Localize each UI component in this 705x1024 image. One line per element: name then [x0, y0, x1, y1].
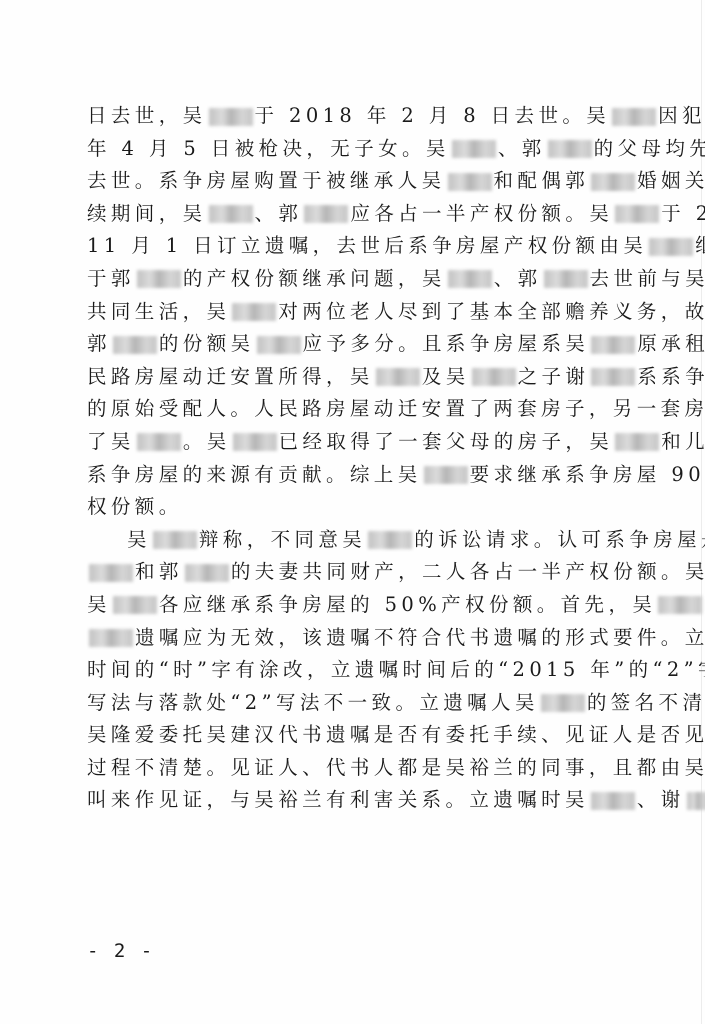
text-segment: 共同生活，吴 [87, 300, 230, 323]
text-segment: 的夫妻共同财产，二人各占一半产权份额。吴 [231, 560, 705, 583]
text-segment: 吴 [127, 528, 151, 551]
text-line: 叫来作见证，与吴裕兰有利害关系。立遗嘱时吴、谢也在 [87, 784, 627, 817]
redacted-name [615, 433, 659, 451]
redacted-name [304, 205, 348, 223]
text-segment: 、郭 [494, 267, 542, 290]
redacted-name [591, 336, 635, 354]
redacted-name [153, 531, 197, 549]
redacted-name [448, 270, 492, 288]
text-segment: 原承租的人 [637, 332, 705, 355]
redacted-name [591, 173, 635, 191]
text-line: 写法与落款处“2”写法不一致。立遗嘱人吴的签名不清晰。 [87, 687, 627, 720]
text-segment: 的原始受配人。人民路房屋动迁安置了两套房子，另一套房子给 [87, 397, 705, 420]
text-segment: 的份额吴 [159, 332, 255, 355]
text-line: 于郭的产权份额继承问题，吴、郭去世前与吴 [87, 263, 627, 296]
text-line: 郭的份额吴应予多分。且系争房屋系吴原承租的人 [87, 328, 627, 361]
redacted-name [612, 108, 656, 126]
text-line: 民路房屋动迁安置所得，吴及吴之子谢系系争房屋 [87, 361, 627, 394]
redacted-name [185, 564, 229, 582]
text-line: 和郭的夫妻共同财产，二人各占一半产权份额。吴、 [87, 556, 627, 589]
text-segment: 的产权份额继承问题，吴 [183, 267, 446, 290]
redacted-name [209, 108, 253, 126]
text-segment: 对两位老人尽到了基本全部赡养义务，故对于 [278, 300, 705, 323]
text-line: 遗嘱应为无效，该遗嘱不符合代书遗嘱的形式要件。立遗嘱 [87, 622, 627, 655]
text-segment: 于 2015 年 [661, 202, 705, 225]
text-segment: 了吴 [87, 430, 135, 453]
redacted-name [232, 303, 276, 321]
redacted-name [113, 596, 157, 614]
text-segment: 于 2018 年 2 月 8 日去世。吴 [255, 104, 611, 127]
text-segment: 去世前与吴 [590, 267, 705, 290]
text-segment: 于郭 [87, 267, 135, 290]
text-line: 日去世，吴于 2018 年 2 月 8 日去世。吴因犯罪于 1984 [87, 100, 627, 133]
text-line: 年 4 月 5 日被枪决，无子女。吴、郭的父母均先于二人 [87, 133, 627, 166]
text-segment: 11 月 1 日订立遗嘱，去世后系争房屋产权份额由吴 [87, 234, 647, 257]
text-segment: 及吴 [422, 365, 470, 388]
text-segment: 续期间，吴 [87, 202, 207, 225]
redacted-name [472, 368, 516, 386]
redacted-name [544, 270, 588, 288]
text-segment: 、郭 [255, 202, 303, 225]
text-segment: 辩称，不同意吴 [199, 528, 366, 551]
redacted-name [591, 368, 635, 386]
text-segment: 吴隆爱委托吴建汉代书遗嘱是否有委托手续、见证人是否见证全 [87, 723, 705, 746]
redacted-name [233, 433, 277, 451]
redacted-name [658, 596, 702, 614]
text-line: 了吴。吴已经取得了一套父母的房子，吴和儿子对 [87, 426, 627, 459]
text-segment: 时间的“时”字有涂改，立遗嘱时间后的“2015 年”的“2”字 [87, 658, 705, 681]
redacted-name [89, 564, 133, 582]
text-segment: 因犯罪于 1984 [658, 104, 705, 127]
text-line: 权份额。 [87, 491, 627, 524]
text-segment: 和配偶郭 [494, 169, 590, 192]
text-segment: 去世。系争房屋购置于被继承人吴 [87, 169, 446, 192]
text-segment: 继承。关 [695, 234, 705, 257]
redacted-name [687, 792, 705, 810]
text-segment: 的父母均先于二人 [594, 137, 705, 160]
redacted-name [89, 629, 133, 647]
text-segment: 遗嘱应为无效，该遗嘱不符合代书遗嘱的形式要件。立遗嘱 [135, 626, 705, 649]
text-line: 共同生活，吴对两位老人尽到了基本全部赡养义务，故对于 [87, 296, 627, 329]
text-line: 过程不清楚。见证人、代书人都是吴裕兰的同事，且都由吴 [87, 752, 627, 785]
text-segment: 日去世，吴 [87, 104, 207, 127]
text-line: 吴辩称，不同意吴的诉讼请求。认可系争房屋是吴 [87, 524, 627, 557]
redacted-name [368, 531, 412, 549]
redacted-name [649, 238, 693, 256]
text-segment: 。吴 [183, 430, 231, 453]
text-segment: 郭 [87, 332, 111, 355]
text-line: 的原始受配人。人民路房屋动迁安置了两套房子，另一套房子给 [87, 393, 627, 426]
redacted-name [209, 205, 253, 223]
text-segment: 各应继承系争房屋的 50%产权份额。首先，吴 [159, 593, 656, 616]
text-segment: 写法与落款处“2”写法不一致。立遗嘱人吴 [87, 691, 539, 714]
text-line: 续期间，吴、郭应各占一半产权份额。吴于 2015 年 [87, 198, 627, 231]
redacted-name [548, 140, 592, 158]
redacted-name [376, 368, 420, 386]
text-segment: 过程不清楚。见证人、代书人都是吴裕兰的同事，且都由吴 [87, 756, 705, 779]
text-segment: 权份额。 [87, 495, 183, 518]
document-page: 日去世，吴于 2018 年 2 月 8 日去世。吴因犯罪于 1984年 4 月 … [0, 0, 705, 1024]
text-segment: 、郭 [498, 137, 546, 160]
redacted-name [615, 205, 659, 223]
text-segment: 之子谢 [518, 365, 590, 388]
document-body: 日去世，吴于 2018 年 2 月 8 日去世。吴因犯罪于 1984年 4 月 … [87, 100, 627, 817]
text-segment: 和郭 [135, 560, 183, 583]
text-line: 吴隆爱委托吴建汉代书遗嘱是否有委托手续、见证人是否见证全 [87, 719, 627, 752]
text-segment: 吴 [87, 593, 111, 616]
redacted-name [541, 694, 585, 712]
text-segment: 要求继承系争房屋 90%的产 [470, 463, 705, 486]
redacted-name [452, 140, 496, 158]
text-segment: 的诉讼请求。认可系争房屋是吴 [414, 528, 705, 551]
text-segment: 系系争房屋 [637, 365, 705, 388]
text-segment: 的签名不清晰。 [587, 691, 705, 714]
redacted-name [113, 336, 157, 354]
text-segment: 和儿子对 [661, 430, 705, 453]
text-segment: 应各占一半产权份额。吴 [350, 202, 613, 225]
text-segment: 民路房屋动迁安置所得，吴 [87, 365, 374, 388]
text-line: 系争房屋的来源有贡献。综上吴要求继承系争房屋 90%的产 [87, 459, 627, 492]
text-segment: 年 4 月 5 日被枪决，无子女。吴 [87, 137, 450, 160]
redacted-name [448, 173, 492, 191]
redacted-name [137, 270, 181, 288]
text-segment: 婚姻关系存 [637, 169, 705, 192]
redacted-name [591, 792, 635, 810]
redacted-name [137, 433, 181, 451]
text-segment: 已经取得了一套父母的房子，吴 [279, 430, 614, 453]
text-segment: 叫来作见证，与吴裕兰有利害关系。立遗嘱时吴 [87, 788, 589, 811]
text-segment: 系争房屋的来源有贡献。综上吴 [87, 463, 422, 486]
text-line: 去世。系争房屋购置于被继承人吴和配偶郭婚姻关系存 [87, 165, 627, 198]
text-line: 吴各应继承系争房屋的 50%产权份额。首先，吴所持吴 [87, 589, 627, 622]
text-segment: 、谢 [637, 788, 685, 811]
redacted-name [257, 336, 301, 354]
redacted-name [424, 466, 468, 484]
page-number: - 2 - [87, 940, 154, 962]
text-line: 时间的“时”字有涂改，立遗嘱时间后的“2015 年”的“2”字 [87, 654, 627, 687]
text-line: 11 月 1 日订立遗嘱，去世后系争房屋产权份额由吴继承。关 [87, 230, 627, 263]
text-segment: 应予多分。且系争房屋系吴 [303, 332, 590, 355]
